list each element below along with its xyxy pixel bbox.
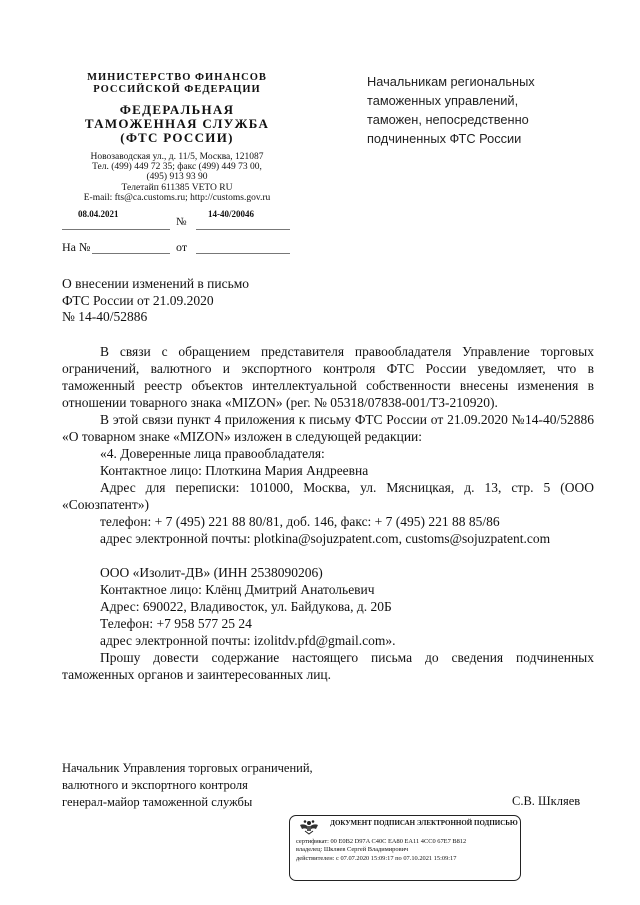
subject-line: ФТС России от 21.09.2020 [62,293,322,310]
paragraph-request: Прошу довести содержание настоящего пись… [62,649,594,683]
item-title: «4. Доверенные лица правообладателя: [62,445,594,462]
subject-line: О внесении изменений в письмо [62,276,322,293]
ministry-line: РОССИЙСКОЙ ФЕДЕРАЦИИ [62,84,292,96]
paragraph-notification: В связи с обращением представителя право… [62,343,594,411]
eagle-emblem-icon [296,819,322,835]
electronic-signature-stamp: ДОКУМЕНТ ПОДПИСАН ЭЛЕКТРОННОЙ ПОДПИСЬЮ с… [289,815,521,881]
letterhead-contacts: Новозаводская ул., д. 11/5, Москва, 1210… [62,152,292,203]
contact-phone: Тел. (499) 449 72 35; факс (499) 449 73 … [62,162,292,172]
certificate-number: сертификат: 00 E0B2 D97A C40C EA80 EA11 … [296,838,518,846]
reply-number-line [92,253,170,254]
subject-line: № 14-40/52886 [62,309,322,326]
paragraph-amendment: В этой связи пункт 4 приложения к письму… [62,411,594,445]
stamp-details: сертификат: 00 E0B2 D97A C40C EA80 EA11 … [296,838,518,863]
position-line: валютного и экспортного контроля [62,777,313,794]
address-1: Адрес для переписки: 101000, Москва, ул.… [62,479,594,513]
service-line: ТАМОЖЕННАЯ СЛУЖБА [62,117,292,131]
service-name: ФЕДЕРАЛЬНАЯ ТАМОЖЕННАЯ СЛУЖБА (ФТС РОССИ… [62,103,292,145]
letter-body: В связи с обращением представителя право… [62,343,594,683]
phone-2: Телефон: +7 958 577 25 24 [62,615,594,632]
addressee: Начальникам региональных таможенных упра… [367,72,597,148]
phone-1: телефон: + 7 (495) 221 88 80/81, доб. 14… [62,513,594,530]
addressee-line: таможен, непосредственно [367,110,597,129]
ministry-line: МИНИСТЕРСТВО ФИНАНСОВ [62,72,292,84]
certificate-owner: владелец: Шкляев Сергей Владимирович [296,846,518,854]
position-line: генерал-майор таможенной службы [62,794,313,811]
position-line: Начальник Управления торговых ограничени… [62,760,313,777]
organization-2: ООО «Изолит-ДВ» (ИНН 2538090206) [62,564,594,581]
ministry-name: МИНИСТЕРСТВО ФИНАНСОВ РОССИЙСКОЙ ФЕДЕРАЦ… [62,72,292,96]
number-sign: № [176,216,187,228]
certificate-validity: действителен: с 07.07.2020 15:09:17 по 0… [296,855,518,863]
email-2: адрес электронной почты: izolitdv.pfd@gm… [62,632,594,649]
addressee-line: таможенных управлений, [367,91,597,110]
contact-person-2: Контактное лицо: Клёнц Дмитрий Анатольев… [62,581,594,598]
contact-email: E-mail: fts@ca.customs.ru; http://custom… [62,193,292,203]
email-1: адрес электронной почты: plotkina@sojuzp… [62,530,594,547]
contact-person-1: Контактное лицо: Плоткина Мария Андреевн… [62,462,594,479]
reply-to-label: На № [62,240,90,255]
signatory-position: Начальник Управления торговых ограничени… [62,760,313,811]
service-line: ФЕДЕРАЛЬНАЯ [62,103,292,117]
from-label: от [176,240,187,255]
contact-address: Новозаводская ул., д. 11/5, Москва, 1210… [62,152,292,162]
registration-number: 14-40/20046 [208,209,254,219]
contact-phone2: (495) 913 93 90 [62,172,292,182]
service-line: (ФТС РОССИИ) [62,131,292,145]
contact-teletype: Телетайп 611385 VETO RU [62,183,292,193]
number-line [196,229,290,230]
reply-date-line [196,253,290,254]
address-2: Адрес: 690022, Владивосток, ул. Байдуков… [62,598,594,615]
addressee-line: подчиненных ФТС России [367,129,597,148]
stamp-title: ДОКУМЕНТ ПОДПИСАН ЭЛЕКТРОННОЙ ПОДПИСЬЮ [330,819,518,827]
signatory-name: С.В. Шкляев [512,794,580,809]
date-line [62,229,170,230]
addressee-line: Начальникам региональных [367,72,597,91]
letter-subject: О внесении изменений в письмо ФТС России… [62,276,322,326]
letter-date: 08.04.2021 [78,209,119,219]
